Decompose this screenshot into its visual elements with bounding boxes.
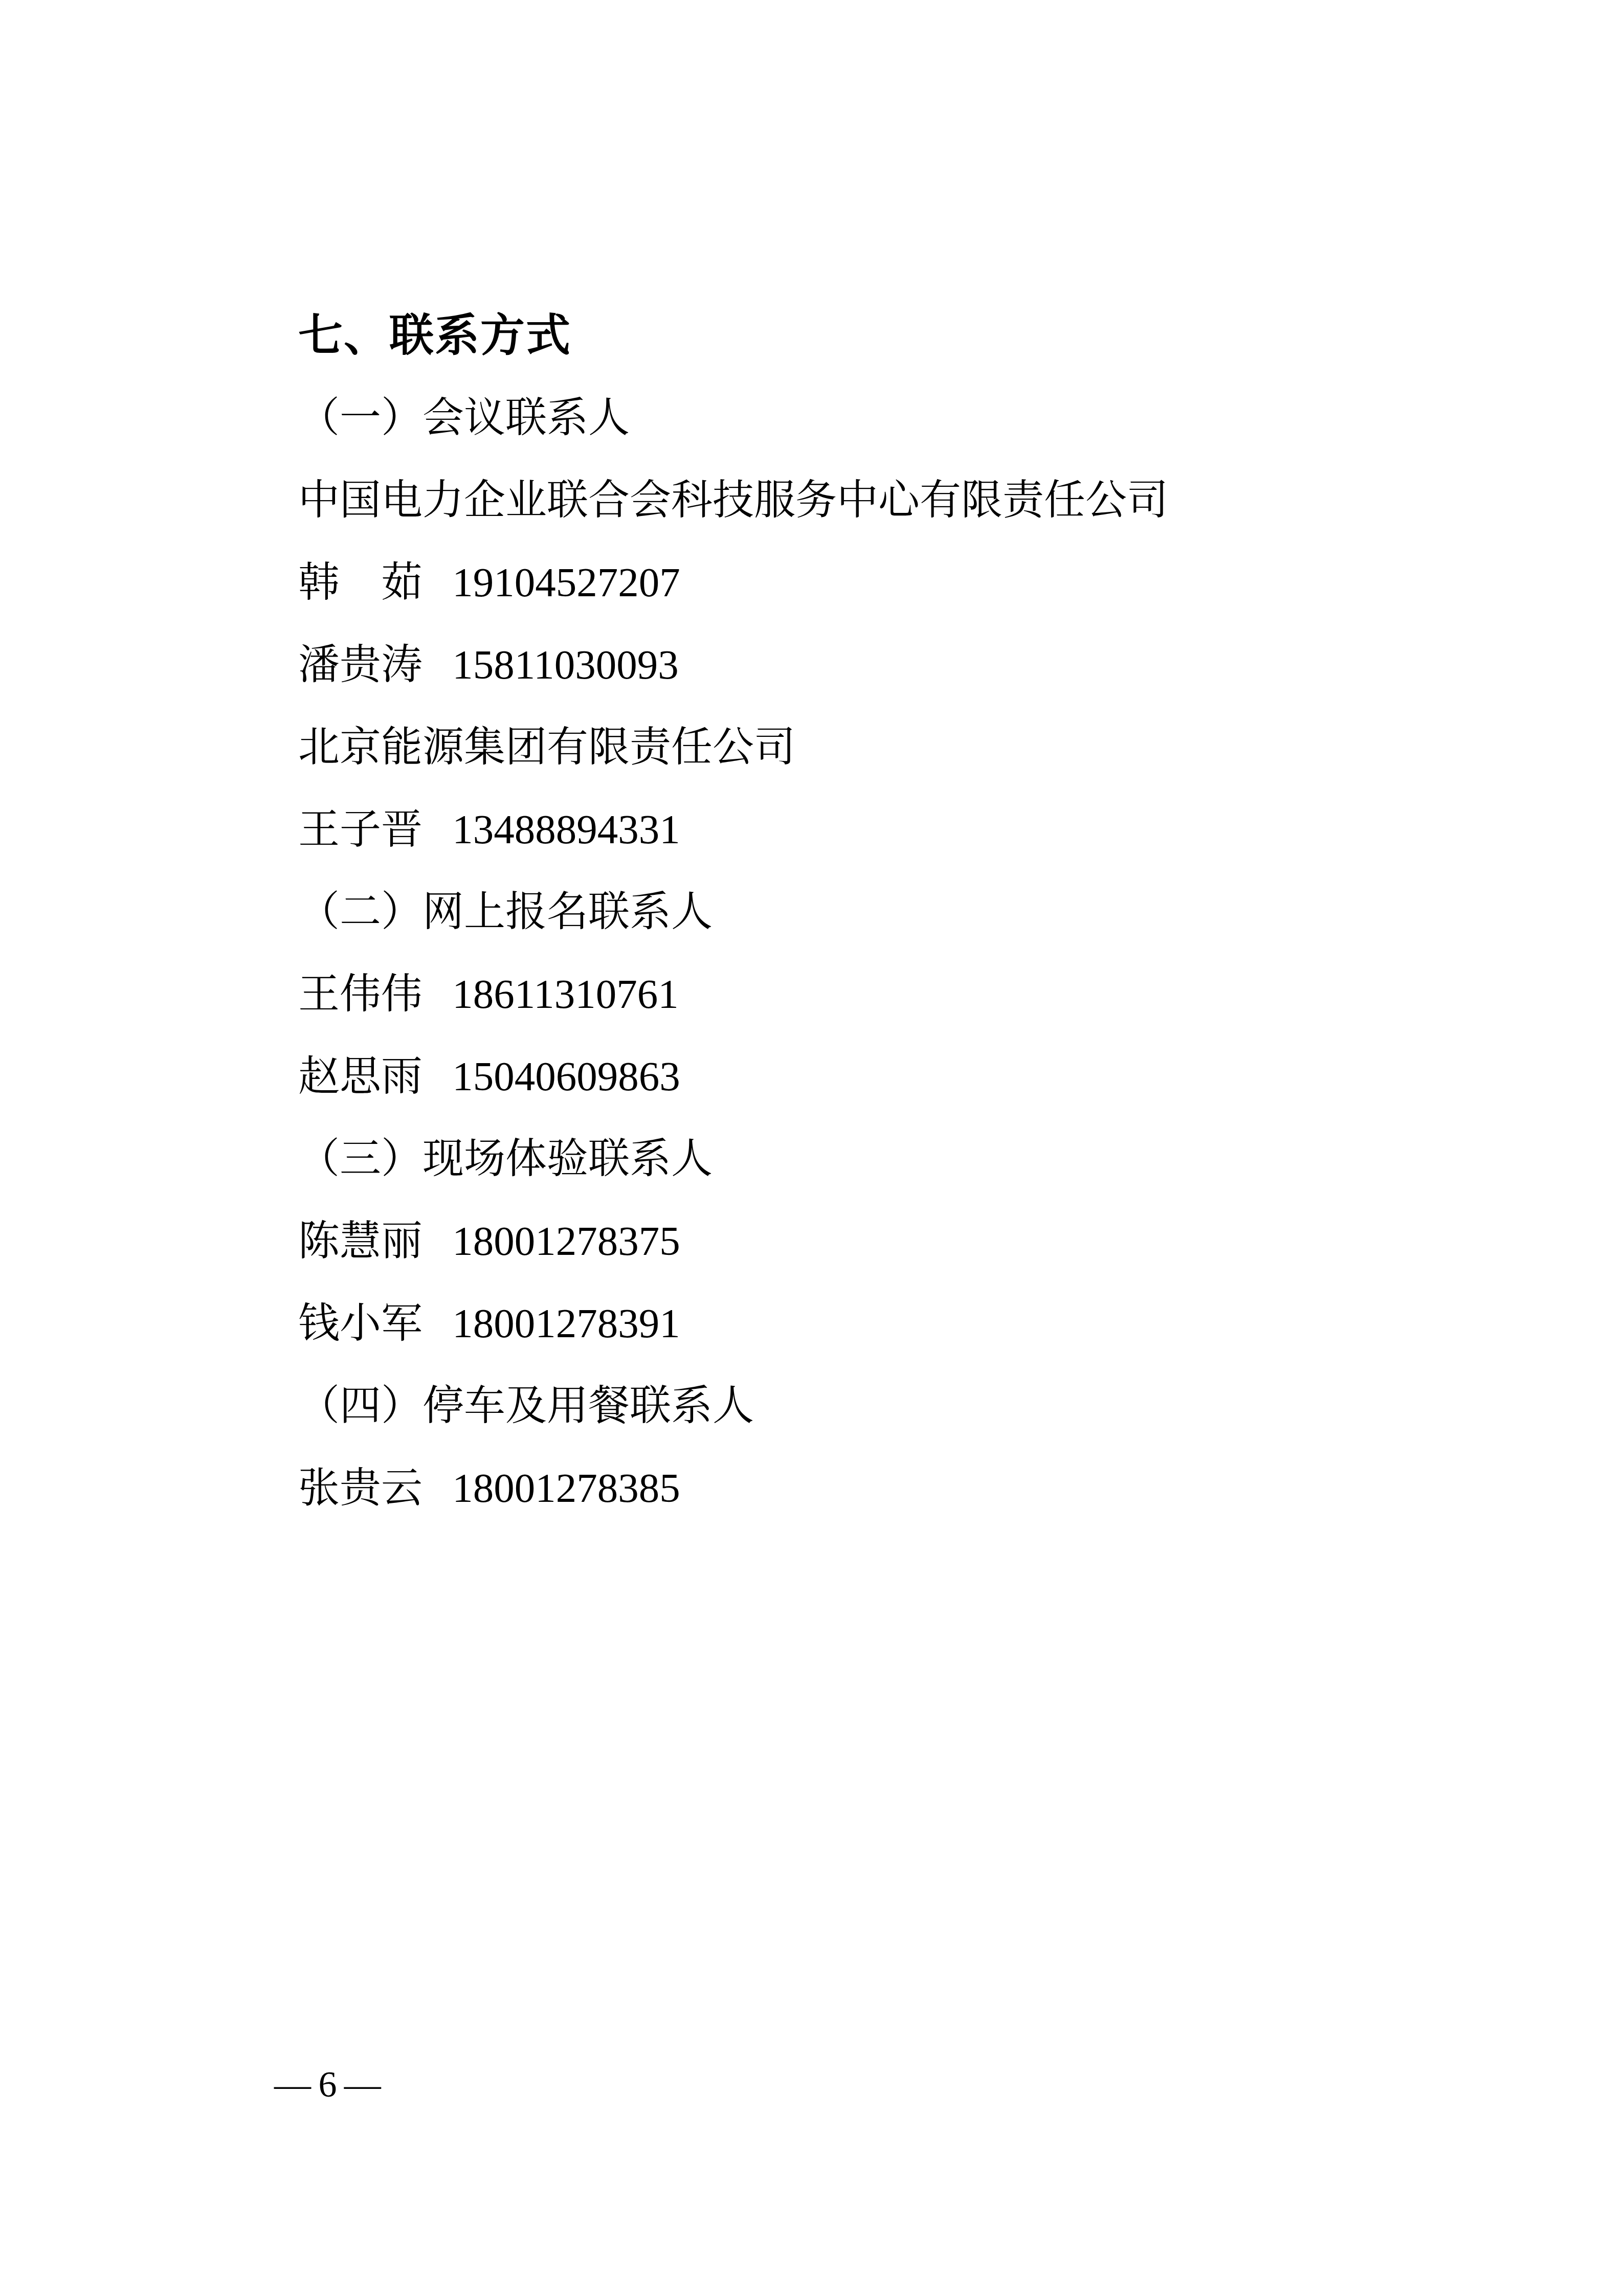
document-body: 七、联系方式 （一）会议联系人 中国电力企业联合会科技服务中心有限责任公司 韩 … — [298, 295, 1423, 1529]
contact-phone: 18611310761 — [452, 971, 679, 1017]
contact-name: 王子晋 — [298, 806, 422, 852]
contact-name: 赵思雨 — [298, 1053, 422, 1099]
subsection-title: （三）现场体验联系人 — [298, 1118, 1423, 1200]
contact-phone: 18001278375 — [452, 1218, 680, 1264]
page-number-dash: — — [344, 2064, 381, 2105]
contact-line: 赵思雨15040609863 — [298, 1036, 1423, 1118]
subsection-title: （四）停车及用餐联系人 — [298, 1365, 1423, 1447]
contact-line: 王子晋13488894331 — [298, 789, 1423, 871]
contact-line: 王伟伟18611310761 — [298, 953, 1423, 1036]
subsection-title: （一）会议联系人 — [298, 377, 1423, 459]
org-line: 北京能源集团有限责任公司 — [298, 706, 1423, 789]
contact-name: 张贵云 — [298, 1465, 422, 1511]
page-number: 6 — [318, 2064, 337, 2105]
contact-line: 陈慧丽18001278375 — [298, 1200, 1423, 1282]
page-footer: —6— — [274, 2066, 381, 2103]
contact-line: 张贵云18001278385 — [298, 1447, 1423, 1529]
contact-name: 潘贵涛 — [298, 642, 422, 688]
org-line: 中国电力企业联合会科技服务中心有限责任公司 — [298, 459, 1423, 542]
contact-line: 潘贵涛15811030093 — [298, 624, 1423, 706]
contact-phone: 18001278385 — [452, 1465, 680, 1511]
contact-phone: 13488894331 — [452, 806, 680, 852]
document-page: { "document": { "heading": "七、联系方式", "se… — [0, 0, 1624, 2296]
contact-phone: 18001278391 — [452, 1300, 680, 1346]
contact-phone: 15040609863 — [452, 1053, 680, 1099]
contact-name: 王伟伟 — [298, 971, 422, 1017]
contact-phone: 15811030093 — [452, 642, 679, 688]
subsection-title: （二）网上报名联系人 — [298, 871, 1423, 953]
section-heading: 七、联系方式 — [298, 295, 1423, 377]
contact-name: 钱小军 — [298, 1300, 422, 1346]
page-number-dash: — — [274, 2064, 311, 2105]
contact-name: 陈慧丽 — [298, 1218, 422, 1264]
contact-line: 钱小军18001278391 — [298, 1282, 1423, 1365]
contact-name: 韩 茹 — [298, 559, 422, 605]
contact-line: 韩 茹19104527207 — [298, 542, 1423, 624]
contact-phone: 19104527207 — [452, 559, 680, 605]
